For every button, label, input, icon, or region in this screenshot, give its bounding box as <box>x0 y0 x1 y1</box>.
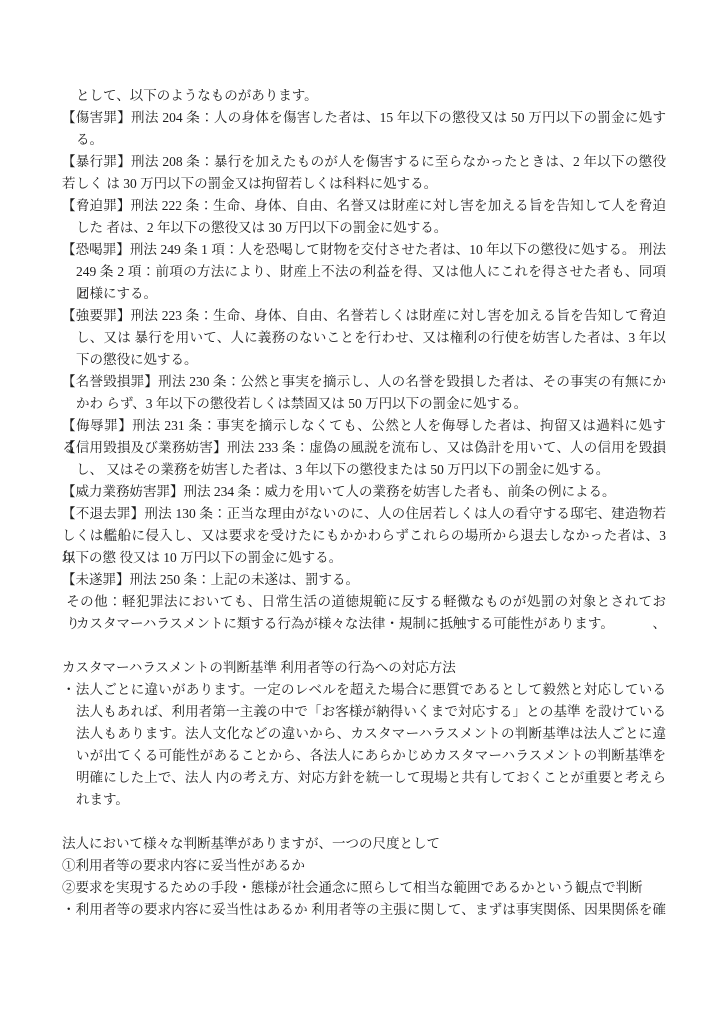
text-line: 法人もあれば、利用者第一主義の中で「お客様が納得いくまで対応する」との基準 を設… <box>62 701 666 723</box>
text-line: 以下の懲 役又は 10 万円以下の罰金に処する。 <box>62 547 666 569</box>
document-body: として、以下のようなものがあります。【傷害罪】刑法 204 条：人の身体を傷害し… <box>0 0 724 921</box>
article-line: 【信用毀損及び業務妨害】刑法 233 条：虚偽の風説を流布し、又は偽計を用いて、… <box>62 437 666 459</box>
article-line: 【強要罪】刑法 223 条：生命、身体、自由、名誉若しくは財産に対し害を加える旨… <box>62 305 666 327</box>
article-line: 【傷害罪】刑法 204 条：人の身体を傷害した者は、15 年以下の懲役又は 50… <box>62 107 666 129</box>
text-line: しく は 30 万円以下の罰金又は拘留若しくは科料に処する。 <box>62 173 666 195</box>
text-line: 同様にする。 <box>62 283 666 305</box>
text-line: かわ らず、3 年以下の懲役若しくは禁固又は 50 万円以下の罰金に処する。 <box>62 393 666 415</box>
document-page: として、以下のようなものがあります。【傷害罪】刑法 204 条：人の身体を傷害し… <box>0 0 724 1024</box>
article-line: 【未遂罪】刑法 250 条：上記の未遂は、罰する。 <box>62 569 666 591</box>
text-line: 249 条 2 項：前項の方法により、財産上不法の利益を得、又は他人にこれを得さ… <box>62 261 666 283</box>
text-line: し、又は 暴行を用いて、人に義務のないことを行わせ、又は権利の行使を妨害した者は… <box>62 327 666 349</box>
text-line: いが出てくる可能性があることから、各法人にあらかじめカスタマーハラスメントの判断… <box>62 745 666 767</box>
article-line: 【脅迫罪】刑法 222 条：生命、身体、自由、名誉又は財産に対し害を加える旨を告… <box>62 195 666 217</box>
text-line: 法人において様々な判断基準がありますが、一つの尺度として <box>62 833 666 855</box>
article-line: 【名誉毀損罪】刑法 230 条：公然と事実を摘示し、人の名誉を毀損した者は、その… <box>62 371 666 393</box>
text-line: した 者は、2 年以下の懲役又は 30 万円以下の罰金に処する。 <box>62 217 666 239</box>
article-line: 【侮辱罪】刑法 231 条：事実を摘示しなくても、公然と人を侮辱した者は、拘留又… <box>62 415 666 437</box>
article-line: 【恐喝罪】刑法 249 条 1 項：人を恐喝して財物を交付させた者は、10 年以… <box>62 239 666 261</box>
text-line: し、 又はその業務を妨害した者は、3 年以下の懲役または 50 万円以下の罰金に… <box>62 459 666 481</box>
blank-line <box>62 811 666 833</box>
text-line: れます。 <box>62 789 666 811</box>
text-line: その他：軽犯罪法においても、日常生活の道徳規範に反する軽微なものが処罰の対象とさ… <box>62 591 666 613</box>
text-line: カスタマーハラスメントに類する行為が様々な法律・規制に抵触する可能性があります。 <box>62 613 666 635</box>
section-title: カスタマーハラスメントの判断基準 利用者等の行為への対応方法 <box>62 657 666 679</box>
text-line: 法人もあります。法人文化などの違いから、カスタマーハラスメントの判断基準は法人ご… <box>62 723 666 745</box>
article-line: 【威力業務妨害罪】刑法 234 条：威力を用いて人の業務を妨害した者も、前条の例… <box>62 481 666 503</box>
bullet-line: ・法人ごとに違いがあります。一定のレベルを超えた場合に悪質であるとして毅然と対応… <box>62 679 666 701</box>
numbered-item: ①利用者等の要求内容に妥当性があるか <box>62 855 666 877</box>
numbered-item: ②要求を実現するための手段・態様が社会通念に照らして相当な範囲であるかという観点… <box>62 877 666 899</box>
bullet-line: ・利用者等の要求内容に妥当性はあるか 利用者等の主張に関して、まずは事実関係、因… <box>62 899 666 921</box>
text-line: として、以下のようなものがあります。 <box>62 85 666 107</box>
text-line: しくは艦船に侵入し、又は要求を受けたにもかかわらずこれらの場所から退去しなかった… <box>62 525 666 547</box>
article-line: 【暴行罪】刑法 208 条：暴行を加えたものが人を傷害するに至らなかったときは、… <box>62 151 666 173</box>
blank-line <box>62 635 666 657</box>
text-line: 下の懲役に処する。 <box>62 349 666 371</box>
article-line: 【不退去罪】刑法 130 条：正当な理由がないのに、人の住居若しくは人の看守する… <box>62 503 666 525</box>
text-line: る。 <box>62 129 666 151</box>
text-line: 明確にした上で、法人 内の考え方、対応方針を統一して現場と共有しておくことが重要… <box>62 767 666 789</box>
